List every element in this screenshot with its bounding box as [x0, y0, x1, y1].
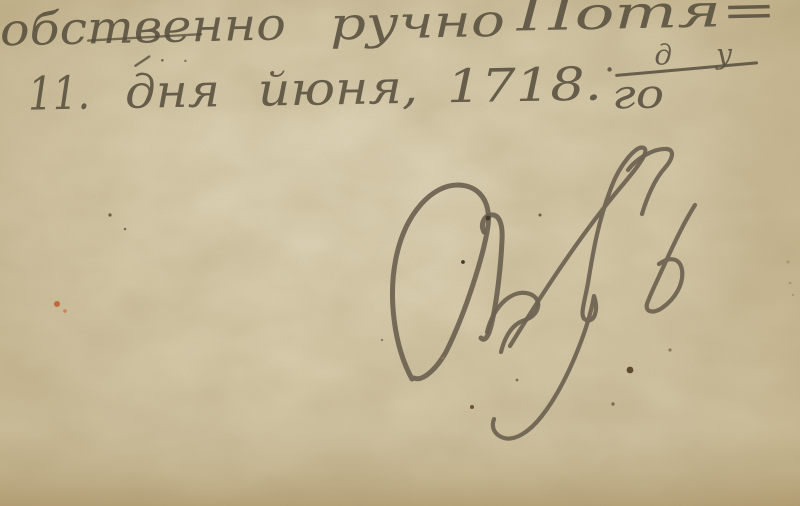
- signature-petr: Петръ: [393, 147, 695, 438]
- diacritic-dot-2: [184, 60, 186, 62]
- diacritic-dot-1: [161, 59, 164, 62]
- red-fleck: [54, 301, 67, 313]
- signature-big-loop: [393, 185, 489, 379]
- line2-year: 1718.: [446, 57, 602, 114]
- signature-yer-curl: [628, 149, 672, 214]
- superscript-overline: [617, 63, 757, 75]
- manuscript-photo: обственно ручно Потя= 11. дня йюня, 1718…: [0, 0, 800, 506]
- line2-day: 11.: [27, 66, 90, 121]
- line1-word2: ручно: [329, 0, 505, 50]
- handwriting-layer: обственно ручно Потя= 11. дня йюня, 1718…: [0, 0, 800, 506]
- line2-month: йюня,: [257, 60, 418, 117]
- abbreviation-dot: [607, 67, 611, 71]
- line2-day-word: дня: [124, 63, 220, 119]
- line1-word3: Потя=: [515, 0, 778, 42]
- signature-yer-bowl: [647, 205, 695, 311]
- ink-specks: [108, 213, 671, 409]
- line2-year-suffix: го: [612, 72, 665, 119]
- edge-smudge: [787, 261, 795, 297]
- line1-word1: обственно: [0, 0, 286, 56]
